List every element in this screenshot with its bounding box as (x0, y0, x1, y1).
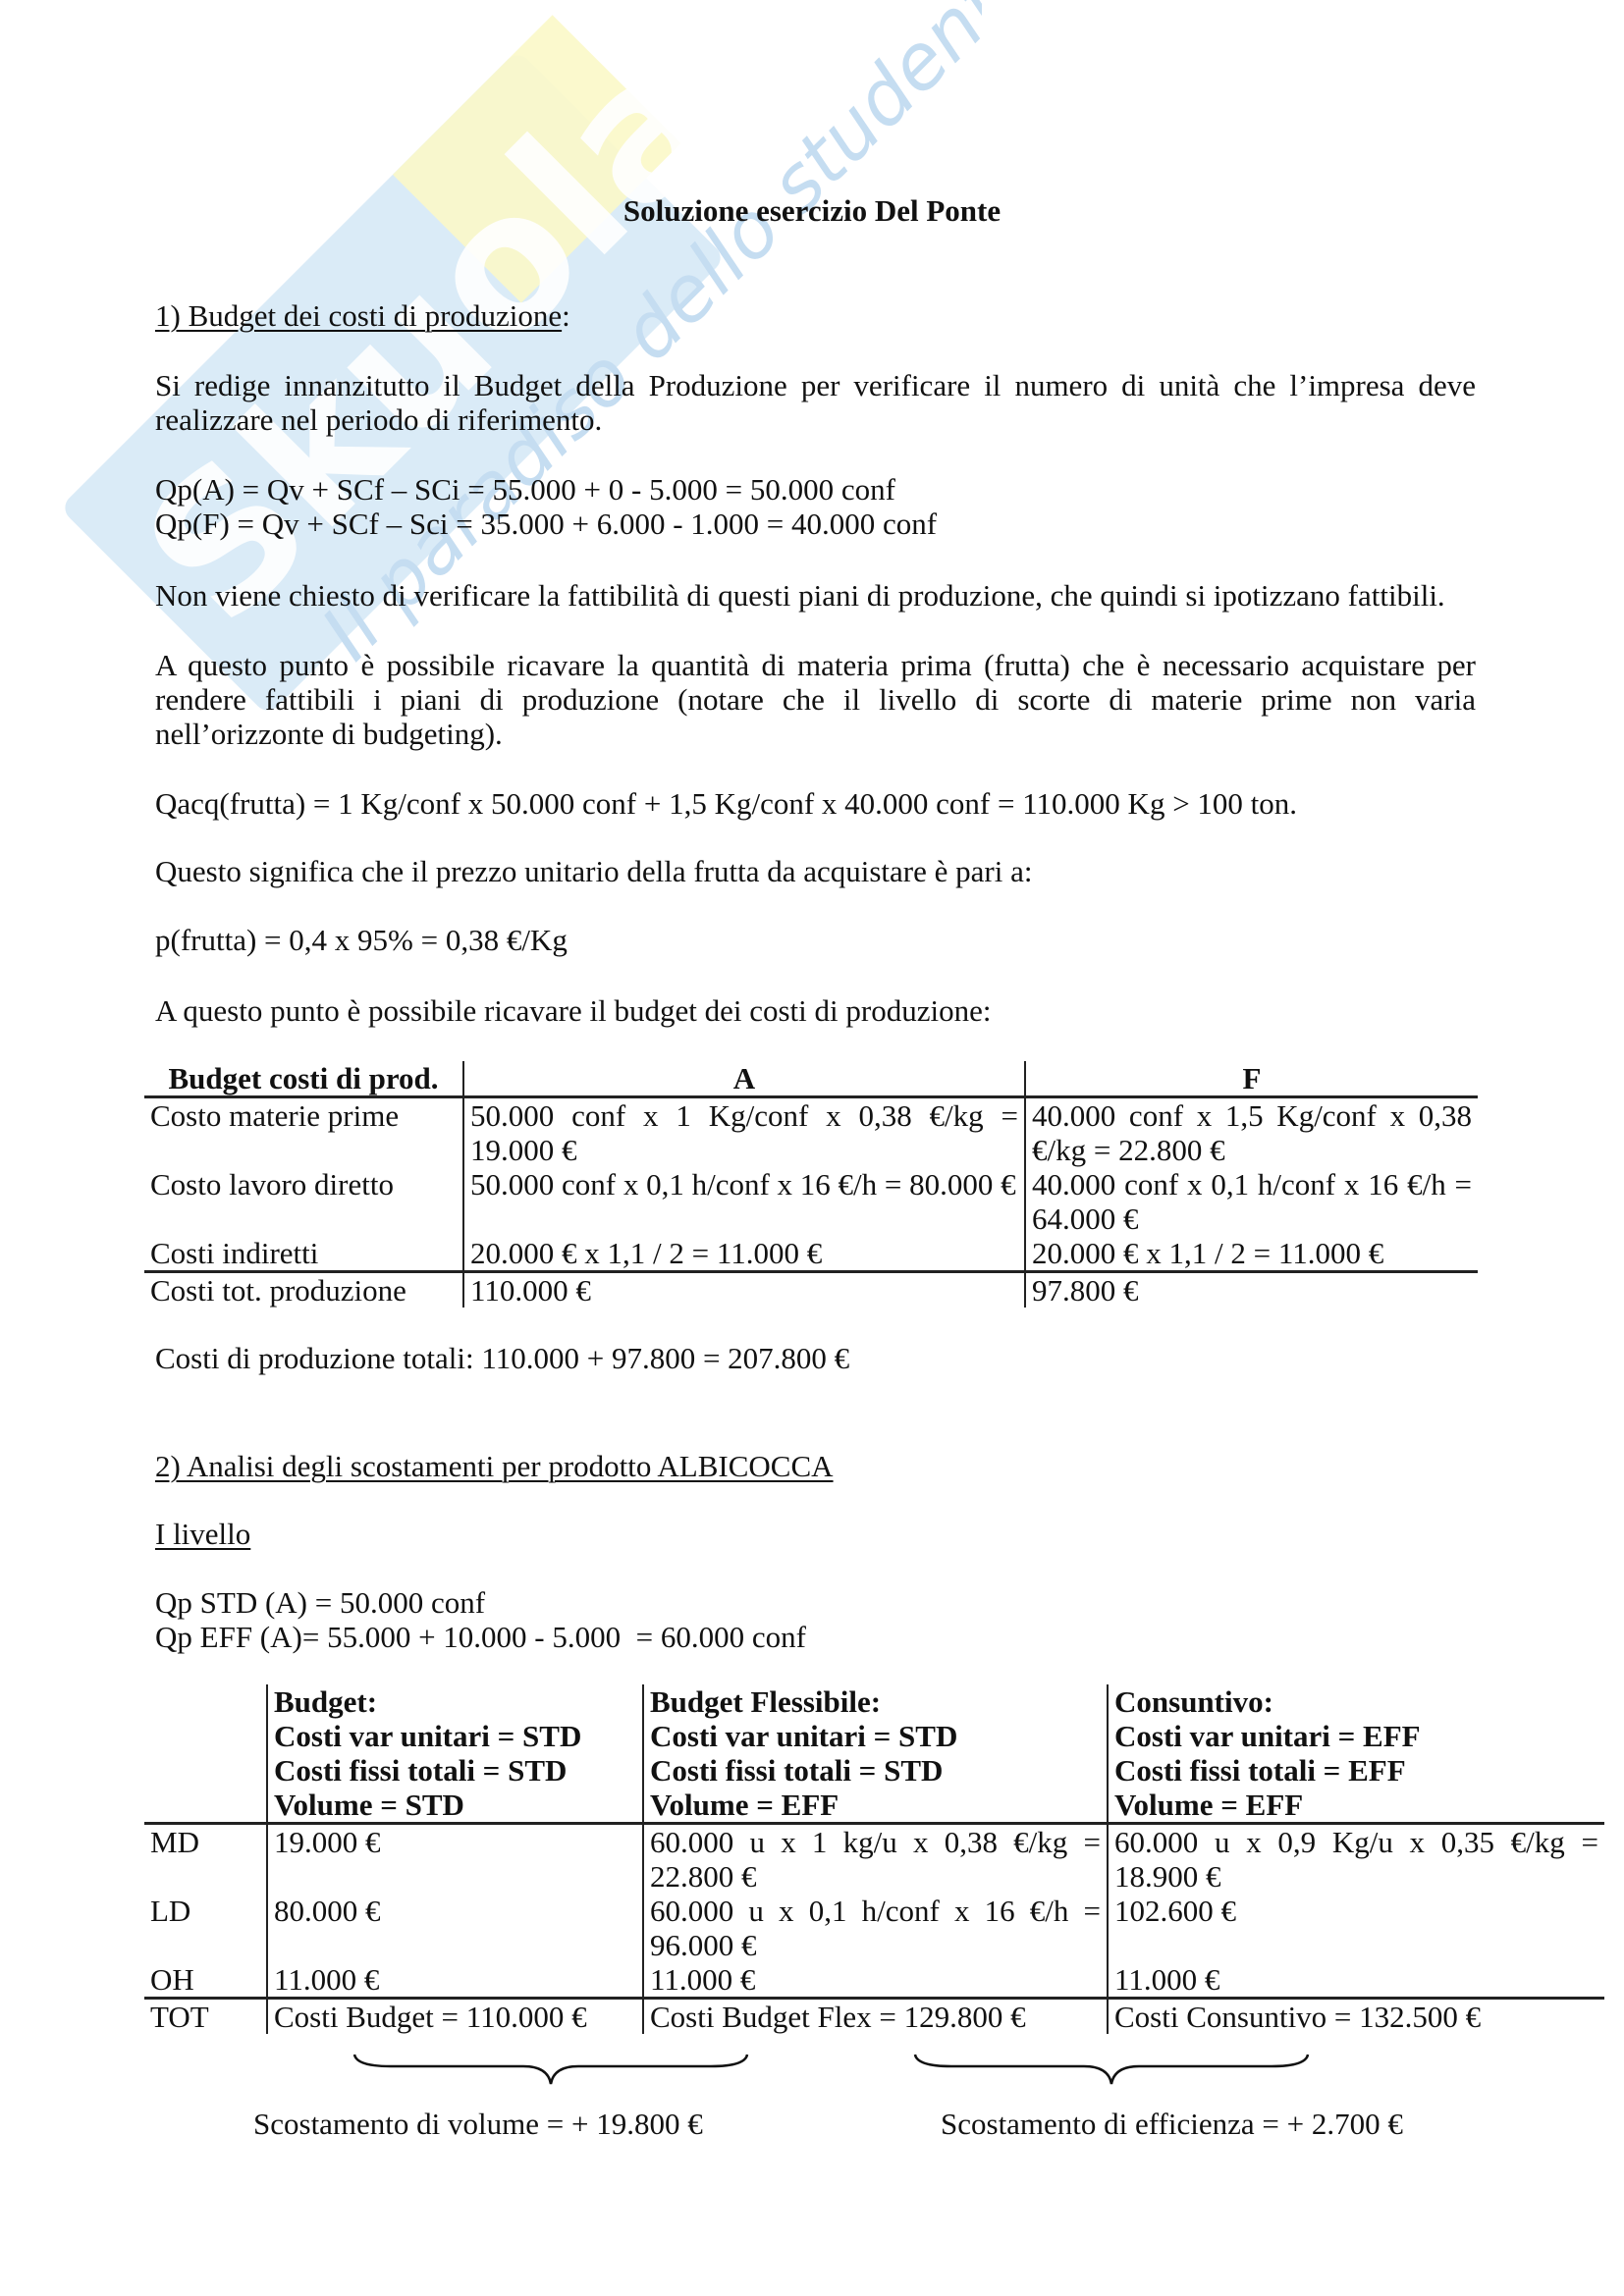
header-flex-budget: Budget Flessibile: Costi var unitari = S… (643, 1684, 1108, 1824)
table-row: Costo materie prime 50.000 conf x 1 Kg/c… (144, 1097, 1478, 1168)
header-line: Costi var unitari = STD (274, 1719, 636, 1753)
formula-qp-eff: Qp EFF (A)= 55.000 + 10.000 - 5.000 = 60… (155, 1620, 1476, 1654)
header-empty (144, 1684, 267, 1824)
cell-actual: 11.000 € (1108, 1962, 1604, 1999)
cell-flex: 60.000 u x 1 kg/u x 0,38 €/kg = 22.800 € (643, 1824, 1108, 1895)
row-label: LD (144, 1894, 267, 1962)
table-row: MD 19.000 € 60.000 u x 1 kg/u x 0,38 €/k… (144, 1824, 1604, 1895)
feasibility-note: Non viene chiesto di verificare la fatti… (155, 578, 1476, 613)
budget-intro: A questo punto è possibile ricavare il b… (155, 993, 1476, 1028)
cell-actual: 60.000 u x 0,9 Kg/u x 0,35 €/kg = 18.900… (1108, 1824, 1604, 1895)
cell-actual: 102.600 € (1108, 1894, 1604, 1962)
cell-a: 50.000 conf x 1 Kg/conf x 0,38 €/kg = 19… (463, 1097, 1025, 1168)
total-f: 97.800 € (1025, 1272, 1478, 1308)
header-line: Volume = EFF (650, 1788, 1101, 1822)
header-line: Costi var unitari = EFF (1114, 1719, 1598, 1753)
header-line: Costi var unitari = STD (650, 1719, 1101, 1753)
table-total-row: TOT Costi Budget = 110.000 € Costi Budge… (144, 1999, 1604, 2035)
formula-price: p(frutta) = 0,4 x 95% = 0,38 €/Kg (155, 923, 1476, 957)
total-label: Costi tot. produzione (144, 1272, 463, 1308)
table-row: OH 11.000 € 11.000 € 11.000 € (144, 1962, 1604, 1999)
production-budget-table: Budget costi di prod. A F Costo materie … (144, 1061, 1478, 1308)
total-flex: Costi Budget Flex = 129.800 € (643, 1999, 1108, 2035)
header-line: Costi fissi totali = STD (274, 1753, 636, 1788)
section1-heading-text: 1) Budget dei costi di produzione (155, 298, 562, 333)
skuola-watermark: Skuola.net Il paradiso dello studente (0, 0, 982, 883)
formula-qp-a: Qp(A) = Qv + SCf – SCi = 55.000 + 0 - 5.… (155, 472, 1476, 507)
section2-heading-text: 2) Analisi degli scostamenti per prodott… (155, 1449, 834, 1483)
section1-intro: Si redige innanzitutto il Budget della P… (155, 368, 1476, 437)
formula-qacq: Qacq(frutta) = 1 Kg/conf x 50.000 conf +… (155, 786, 1476, 821)
header-f: F (1025, 1061, 1478, 1097)
header-budget: Budget costi di prod. (144, 1061, 463, 1097)
header-line: Costi fissi totali = EFF (1114, 1753, 1598, 1788)
watermark-tagline: Il paradiso dello studente (305, 0, 982, 677)
header-a: A (463, 1061, 1025, 1097)
header-line: Volume = EFF (1114, 1788, 1598, 1822)
row-label: Costo materie prime (144, 1097, 463, 1168)
table-total-row: Costi tot. produzione 110.000 € 97.800 € (144, 1272, 1478, 1308)
row-label: Costi indiretti (144, 1236, 463, 1272)
level-heading: I livello (155, 1517, 1476, 1551)
total-actual: Costi Consuntivo = 132.500 € (1108, 1999, 1604, 2035)
raw-material-paragraph: A questo punto è possibile ricavare la q… (155, 648, 1476, 751)
cell-budget: 80.000 € (267, 1894, 643, 1962)
cell-f: 40.000 conf x 0,1 h/conf x 16 €/h = 64.0… (1025, 1167, 1478, 1236)
cell-budget: 11.000 € (267, 1962, 643, 1999)
total-a: 110.000 € (463, 1272, 1025, 1308)
cell-flex: 11.000 € (643, 1962, 1108, 1999)
cell-flex: 60.000 u x 0,1 h/conf x 16 €/h = 96.000 … (643, 1894, 1108, 1962)
total-label: TOT (144, 1999, 267, 2035)
volume-variance: Scostamento di volume = + 19.800 € (253, 2107, 703, 2141)
total-production-costs: Costi di produzione totali: 110.000 + 97… (155, 1341, 1476, 1375)
total-budget: Costi Budget = 110.000 € (267, 1999, 643, 2035)
page-title: Soluzione esercizio Del Ponte (0, 193, 1624, 228)
efficiency-variance: Scostamento di efficienza = + 2.700 € (941, 2107, 1403, 2141)
formula-qp-f: Qp(F) = Qv + SCf – Sci = 35.000 + 6.000 … (155, 507, 1476, 541)
table-header-row: Budget costi di prod. A F (144, 1061, 1478, 1097)
table-row: LD 80.000 € 60.000 u x 0,1 h/conf x 16 €… (144, 1894, 1604, 1962)
cell-budget: 19.000 € (267, 1824, 643, 1895)
row-label: OH (144, 1962, 267, 1999)
cell-f: 40.000 conf x 1,5 Kg/conf x 0,38 €/kg = … (1025, 1097, 1478, 1168)
row-label: Costo lavoro diretto (144, 1167, 463, 1236)
efficiency-brace-icon (912, 2052, 1315, 2091)
section1-heading-colon: : (562, 298, 570, 333)
header-line: Costi fissi totali = STD (650, 1753, 1101, 1788)
row-label: MD (144, 1824, 267, 1895)
variance-analysis-table: Budget: Costi var unitari = STD Costi fi… (144, 1684, 1604, 2034)
header-line: Volume = STD (274, 1788, 636, 1822)
cell-f: 20.000 € x 1,1 / 2 = 11.000 € (1025, 1236, 1478, 1272)
header-title: Budget: (274, 1684, 636, 1719)
header-actual: Consuntivo: Costi var unitari = EFF Cost… (1108, 1684, 1604, 1824)
section1-heading: 1) Budget dei costi di produzione: (155, 298, 1476, 333)
cell-a: 50.000 conf x 0,1 h/conf x 16 €/h = 80.0… (463, 1167, 1025, 1236)
volume-brace-icon (352, 2052, 754, 2091)
formula-qp-std: Qp STD (A) = 50.000 conf (155, 1585, 1476, 1620)
header-budget: Budget: Costi var unitari = STD Costi fi… (267, 1684, 643, 1824)
header-title: Consuntivo: (1114, 1684, 1598, 1719)
header-title: Budget Flessibile: (650, 1684, 1101, 1719)
table-row: Costi indiretti 20.000 € x 1,1 / 2 = 11.… (144, 1236, 1478, 1272)
table-header-row: Budget: Costi var unitari = STD Costi fi… (144, 1684, 1604, 1824)
section2-heading: 2) Analisi degli scostamenti per prodott… (155, 1449, 1476, 1483)
cell-a: 20.000 € x 1,1 / 2 = 11.000 € (463, 1236, 1025, 1272)
price-intro: Questo significa che il prezzo unitario … (155, 854, 1476, 888)
table-row: Costo lavoro diretto 50.000 conf x 0,1 h… (144, 1167, 1478, 1236)
level-heading-text: I livello (155, 1517, 250, 1551)
